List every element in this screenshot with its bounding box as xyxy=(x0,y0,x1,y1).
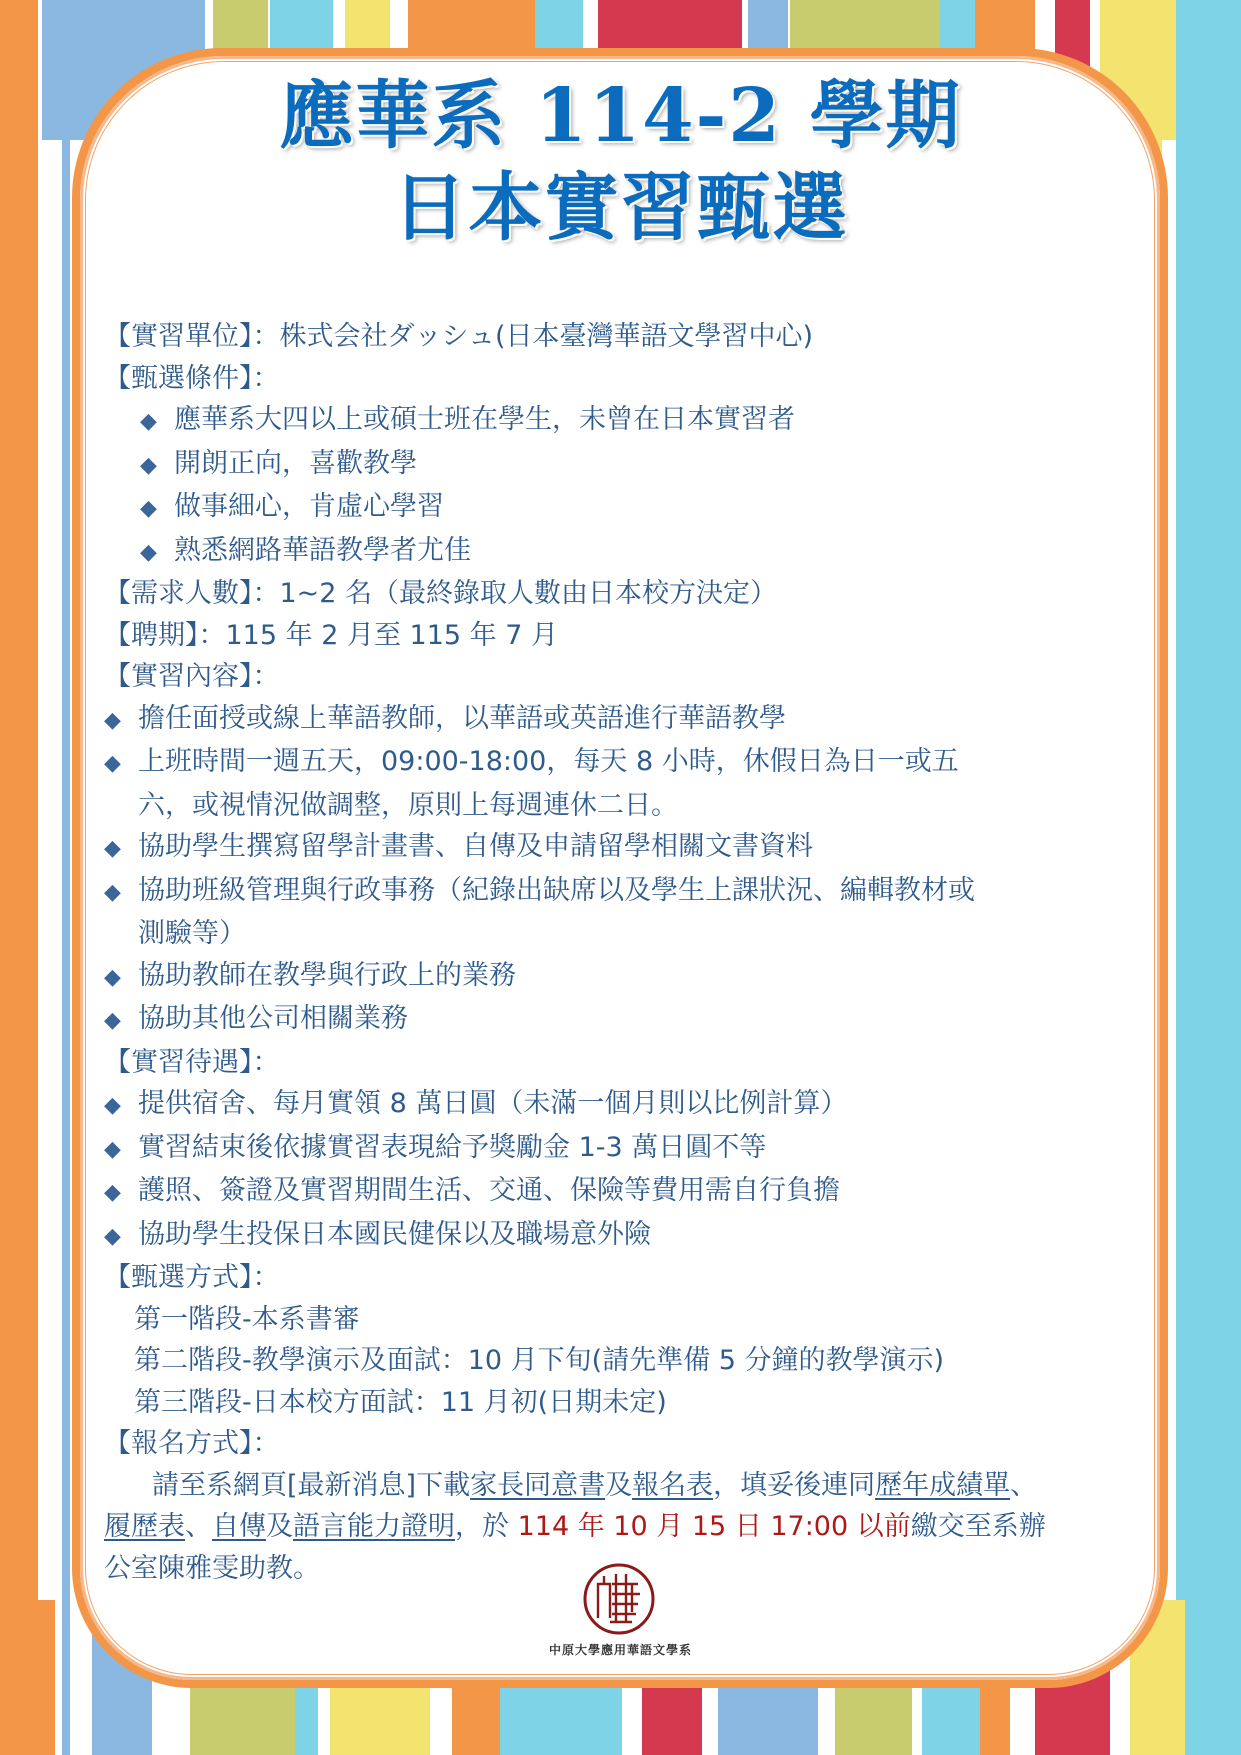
section-criteria-label: 【甄選條件】： xyxy=(104,358,1144,400)
section-period: 【聘期】：115 年 2 月至 115 年 7 月 xyxy=(104,615,1144,657)
section-selection-label: 【甄選方式】： xyxy=(104,1257,1144,1299)
list-item: ◆提供宿舍、每月實領 8 萬日圓（未滿一個月則以比例計算） xyxy=(104,1083,1144,1127)
diamond-bullet-icon: ◆ xyxy=(104,957,138,999)
section-benefits-label: 【實習待遇】： xyxy=(104,1042,1144,1084)
diamond-bullet-icon: ◆ xyxy=(140,401,174,443)
diamond-bullet-icon: ◆ xyxy=(104,828,138,870)
selection-stage: 第一階段-本系書審 xyxy=(104,1299,1144,1341)
list-item: ◆實習結束後依據實習表現給予獎勵金 1-3 萬日圓不等 xyxy=(104,1127,1144,1171)
list-item: ◆做事細心，肯虛心學習 xyxy=(104,486,1144,530)
section-label: 【實習單位】 xyxy=(104,321,253,352)
section-value: ：1~2 名（最終錄取人數由日本校方決定） xyxy=(253,578,778,609)
title-line-2: 日本實習甄選 xyxy=(0,162,1241,254)
diamond-bullet-icon: ◆ xyxy=(104,1129,138,1171)
section-apply-label: 【報名方式】： xyxy=(104,1423,1144,1465)
autobiography-link[interactable]: 自傳 xyxy=(212,1511,266,1542)
list-item: ◆上班時間一週五天，09:00-18:00，每天 8 小時，休假日為日一或五 xyxy=(104,741,1144,785)
list-item: ◆協助教師在教學與行政上的業務 xyxy=(104,955,1144,999)
section-value: ：株式会社ダッシュ(日本臺灣華語文學習中心) xyxy=(253,321,814,352)
diamond-bullet-icon: ◆ xyxy=(104,700,138,742)
list-item: ◆開朗正向，喜歡教學 xyxy=(104,443,1144,487)
language-proof-link[interactable]: 語言能力證明 xyxy=(293,1511,455,1542)
section-value: ：115 年 2 月至 115 年 7 月 xyxy=(199,620,559,651)
selection-stage: 第二階段-教學演示及面試：10 月下旬(請先準備 5 分鐘的教學演示) xyxy=(104,1340,1144,1382)
list-item: ◆協助學生投保日本國民健保以及職場意外險 xyxy=(104,1214,1144,1258)
diamond-bullet-icon: ◆ xyxy=(104,1085,138,1127)
department-name: 中原大學應用華語文學系 xyxy=(0,1641,1241,1658)
department-seal-logo-icon xyxy=(582,1562,656,1636)
poster-content: 【實習單位】：株式会社ダッシュ(日本臺灣華語文學習中心) 【甄選條件】： ◆應華… xyxy=(104,316,1144,1589)
section-label: 【聘期】 xyxy=(104,620,199,651)
deadline-text: 114 年 10 月 15 日 17:00 以前 xyxy=(518,1511,911,1542)
diamond-bullet-icon: ◆ xyxy=(104,1000,138,1042)
registration-form-link[interactable]: 報名表 xyxy=(632,1470,713,1501)
diamond-bullet-icon: ◆ xyxy=(140,445,174,487)
section-headcount: 【需求人數】：1~2 名（最終錄取人數由日本校方決定） xyxy=(104,573,1144,615)
diamond-bullet-icon: ◆ xyxy=(104,1172,138,1214)
section-unit: 【實習單位】：株式会社ダッシュ(日本臺灣華語文學習中心) xyxy=(104,316,1144,358)
list-item: ◆協助班級管理與行政事務（紀錄出缺席以及學生上課狀況、編輯教材或 xyxy=(104,870,1144,914)
section-content-label: 【實習內容】： xyxy=(104,656,1144,698)
list-item-continuation: 六，或視情況做調整，原則上每週連休二日。 xyxy=(104,785,1144,827)
parent-consent-link[interactable]: 家長同意書 xyxy=(470,1470,605,1501)
list-item: ◆協助其他公司相關業務 xyxy=(104,998,1144,1042)
diamond-bullet-icon: ◆ xyxy=(104,743,138,785)
list-item: ◆擔任面授或線上華語教師，以華語或英語進行華語教學 xyxy=(104,698,1144,742)
list-item: ◆護照、簽證及實習期間生活、交通、保險等費用需自行負擔 xyxy=(104,1170,1144,1214)
diamond-bullet-icon: ◆ xyxy=(104,1216,138,1258)
apply-paragraph-line-2: 履歷表、自傳及語言能力證明，於 114 年 10 月 15 日 17:00 以前… xyxy=(104,1506,1144,1548)
list-item: ◆應華系大四以上或碩士班在學生，未曾在日本實習者 xyxy=(104,399,1144,443)
poster-title: 應華系 114-2 學期 日本實習甄選 xyxy=(0,70,1241,254)
diamond-bullet-icon: ◆ xyxy=(140,532,174,574)
list-item: ◆協助學生撰寫留學計畫書、自傳及申請留學相關文書資料 xyxy=(104,826,1144,870)
diamond-bullet-icon: ◆ xyxy=(140,488,174,530)
list-item-continuation: 測驗等） xyxy=(104,913,1144,955)
list-item: ◆熟悉網路華語教學者尤佳 xyxy=(104,530,1144,574)
title-line-1: 應華系 114-2 學期 xyxy=(0,70,1241,162)
transcript-link[interactable]: 歷年成績單 xyxy=(875,1470,1010,1501)
selection-stage: 第三階段-日本校方面試：11 月初(日期未定) xyxy=(104,1382,1144,1424)
apply-paragraph-line-1: 請至系網頁[最新消息]下載家長同意書及報名表，填妥後連同歷年成績單、 xyxy=(104,1465,1144,1507)
diamond-bullet-icon: ◆ xyxy=(104,872,138,914)
section-label: 【需求人數】 xyxy=(104,578,253,609)
resume-link[interactable]: 履歷表 xyxy=(104,1511,185,1542)
